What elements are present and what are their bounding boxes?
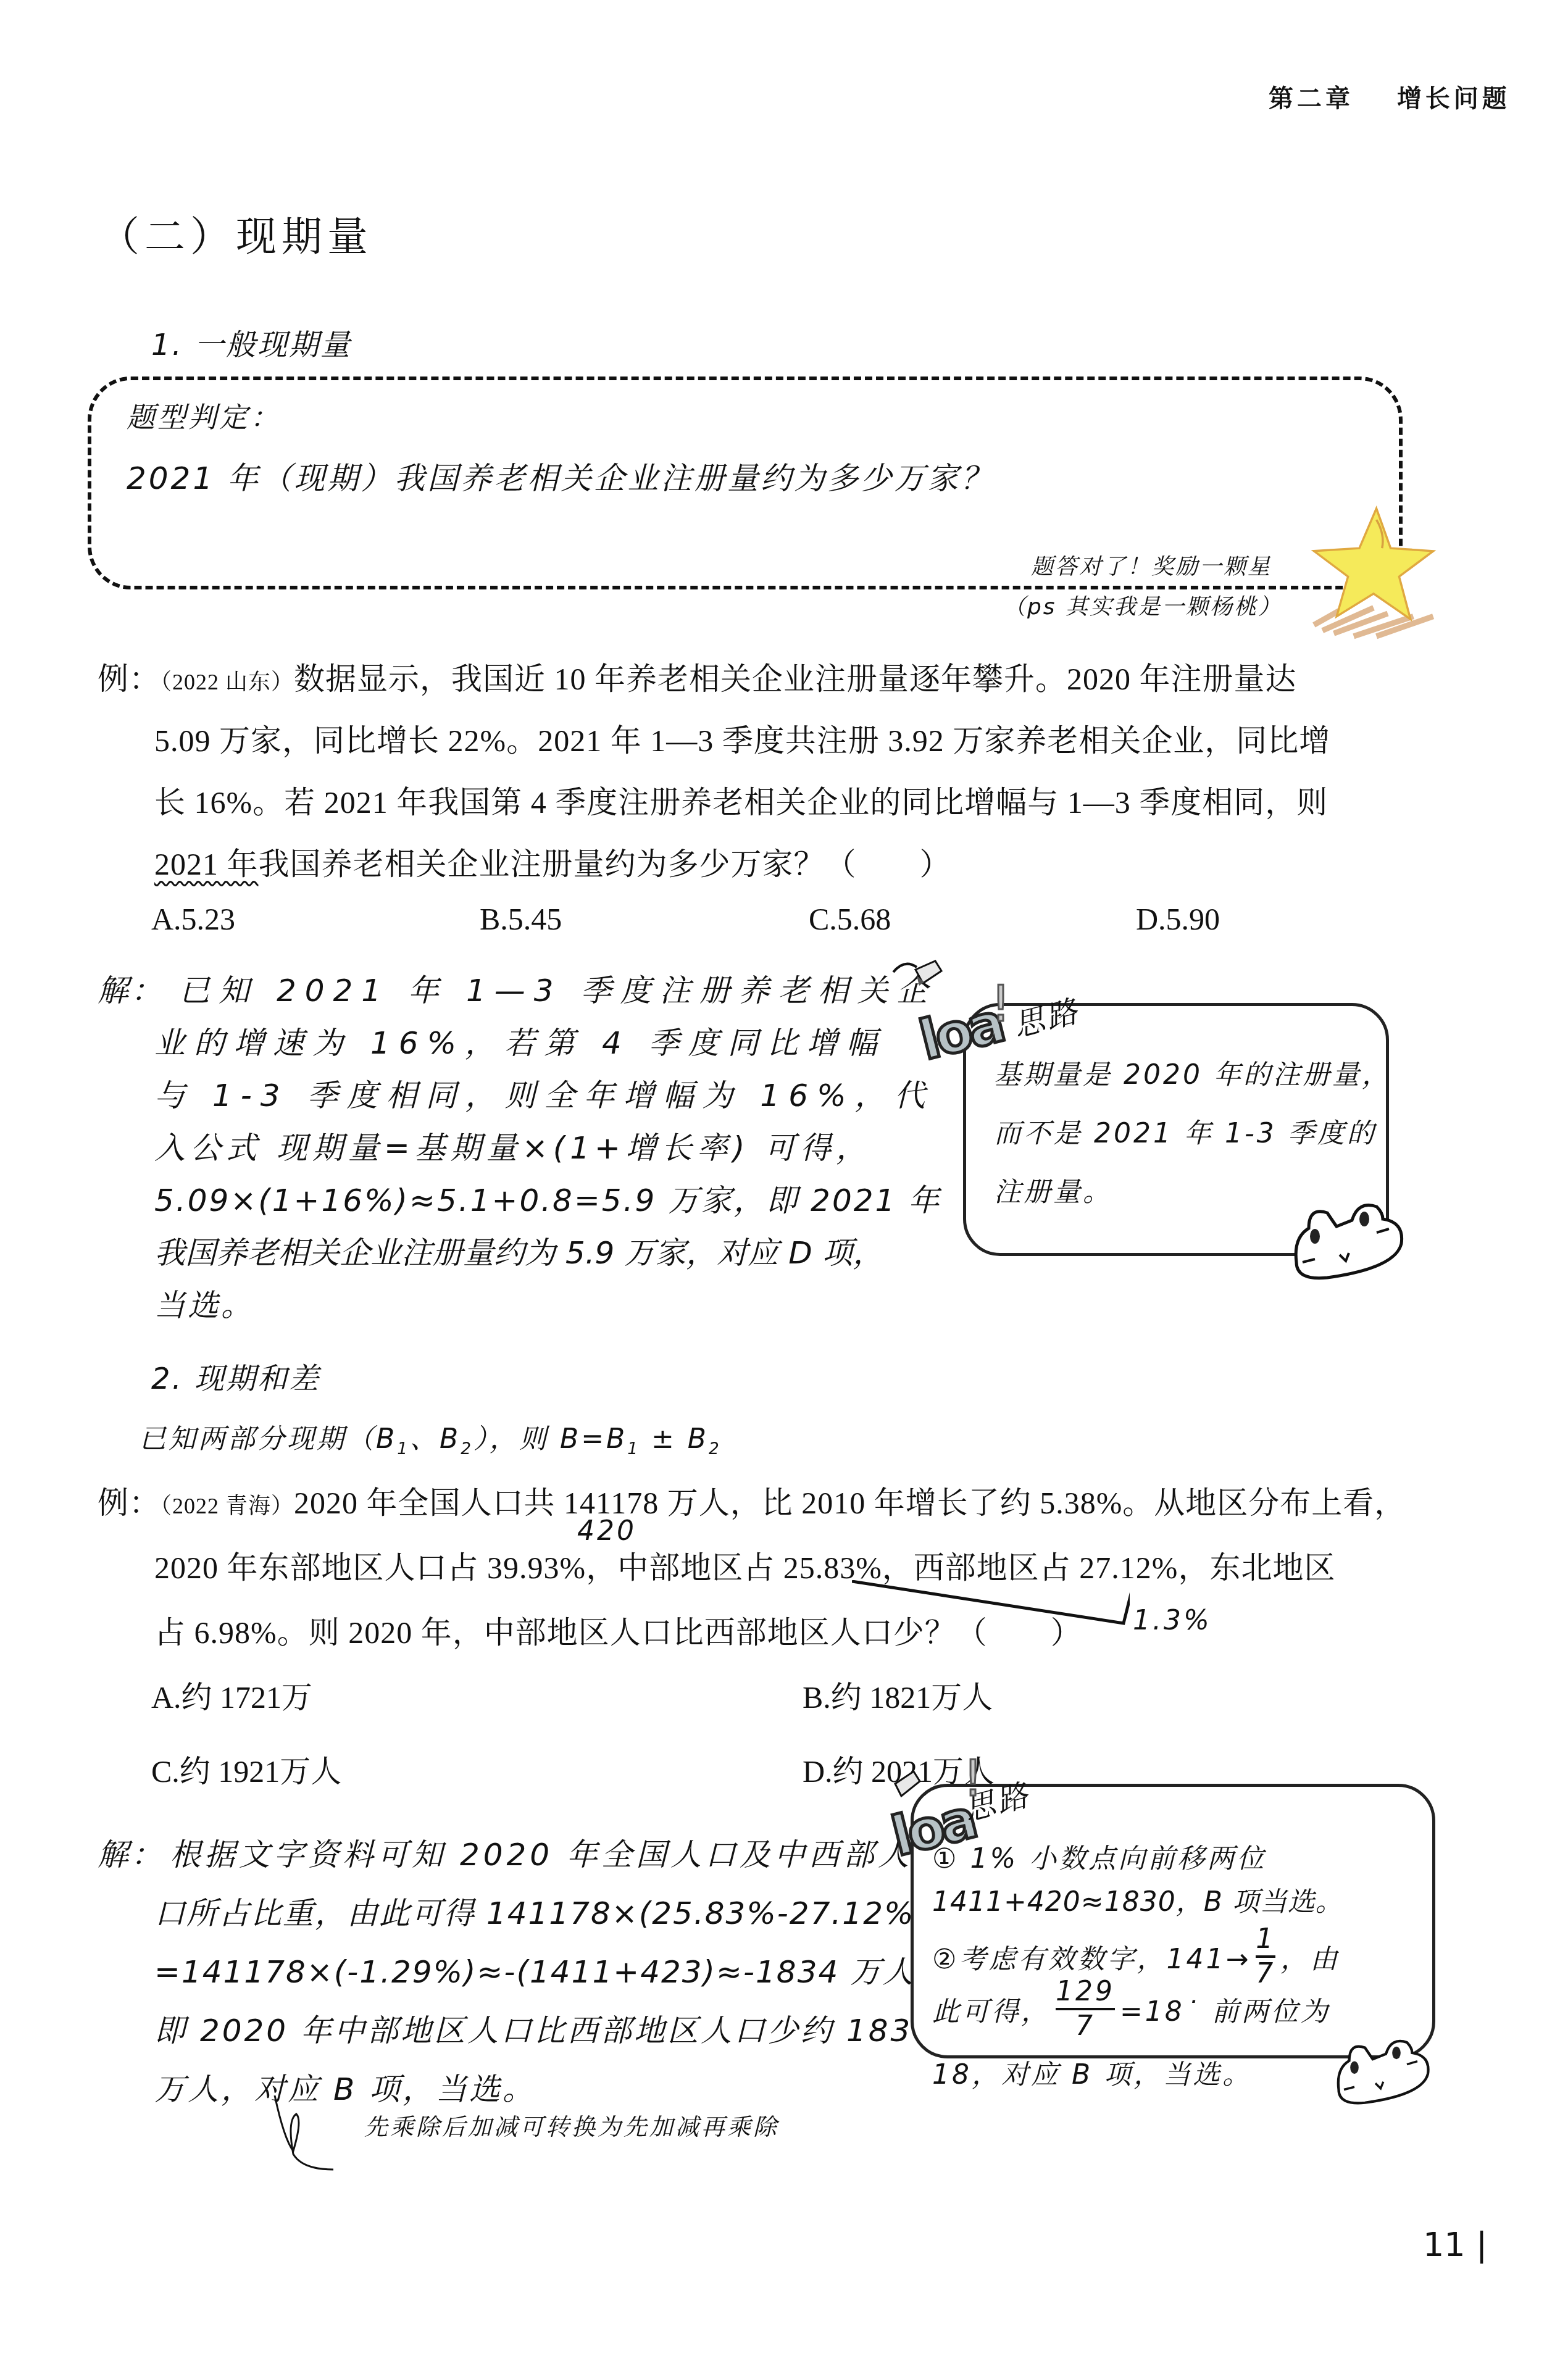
formula-sub: 1 (397, 1439, 410, 1458)
annotation-420: 420 (577, 1515, 636, 1547)
example-text: 2020 年全国人口共 141178 万人，比 2010 年增长了约 5.38%… (294, 1486, 1406, 1520)
example1-line2: 5.09 万家，同比增长 22%。2021 年 1—3 季度共注册 3.92 万… (154, 716, 1330, 760)
pen-doodle-icon (892, 954, 966, 997)
solution2-line: =141178×(-1.29%)≈-(1411+423)≈-1834 万人， (154, 1947, 946, 1992)
solution1-prefix: 解： (98, 966, 164, 1010)
fraction: 1297 (1056, 1978, 1115, 2040)
option-a[interactable]: A.约 1721万 (151, 1673, 312, 1717)
numerator: 1 (1256, 1926, 1275, 1953)
solution2-line: 根据文字资料可知 2020 年全国人口及中西部人 (170, 1830, 912, 1874)
frog-mascot-icon (1333, 2037, 1438, 2111)
sum-diff-formula: 已知两部分现期（B1、B2），则 B=B1 ± B2 (139, 1417, 722, 1458)
formula-sub: 2 (709, 1439, 722, 1458)
example2-line2: 2020 年东部地区人口占 39.93%，中部地区占 25.83%，西部地区占 … (154, 1543, 1335, 1587)
curly-arrow-icon (265, 2095, 358, 2182)
option-b[interactable]: B.约 1821万人 (803, 1673, 993, 1717)
solution1-line: 已知 2021 年 1—3 季度注册养老相关企 (179, 966, 936, 1010)
option-c[interactable]: C.约 1921万人 (151, 1747, 341, 1791)
option-d[interactable]: D.5.90 (1136, 901, 1220, 937)
example-source: （2022 青海） (161, 1494, 294, 1518)
formula-text: 已知两部分现期（B (139, 1423, 397, 1455)
formula-text: ± B (640, 1423, 709, 1455)
running-header: 第二章 增长问题 (1269, 79, 1511, 114)
tip1-line: 注册量。 (994, 1170, 1112, 1209)
tip2-text: =18˙ 前两位为 (1120, 1989, 1330, 2029)
solution2-prefix: 解： (98, 1830, 164, 1874)
tip2-line: 1411+420≈1830，B 项当选。 (932, 1879, 1343, 1919)
star-note: 题答对了！奖励一颗星 (1031, 549, 1272, 581)
question-type-label: 题型判定： (127, 395, 281, 436)
example-source: （2022 山东） (161, 670, 294, 694)
underlined-year: 2021 年 (154, 847, 259, 881)
formula-sub: 2 (461, 1439, 473, 1458)
example-text: 数据显示，我国近 10 年养老相关企业注册量逐年攀升。2020 年注册量达 (294, 662, 1297, 696)
tip2-line: ① 1% 小数点向前移两位 (932, 1836, 1266, 1876)
page-number: 11 | (1423, 2225, 1487, 2264)
example1-line4: 2021 年我国养老相关企业注册量约为多少万家？（ ） (154, 839, 951, 884)
example-question: 我国养老相关企业注册量约为多少万家？（ ） (259, 847, 951, 881)
solution2-line: 即 2020 年中部地区人口比西部地区人口少约 1834 (154, 2006, 935, 2050)
tip1-line: 而不是 2021 年 1-3 季度的 (994, 1111, 1377, 1150)
tip2-text: 此可得， (932, 1989, 1051, 2029)
annotation-diff: 1.3% (1133, 1605, 1212, 1636)
solution2-note: 先乘除后加减可转换为先加减再乘除 (364, 2108, 779, 2142)
solution1-line: 当选。 (154, 1281, 254, 1325)
formula-text: 、B (410, 1423, 461, 1455)
denominator: 7 (1075, 2013, 1095, 2040)
exclamation-icon: ! (963, 1750, 983, 1807)
formula-text: ），则 B=B (473, 1423, 627, 1455)
solution1-line: 入公式 现期量=基期量×(1+增长率) 可得， (154, 1123, 872, 1168)
formula-sub: 1 (627, 1439, 640, 1458)
example-prefix: 例： (98, 662, 161, 696)
tip2-text: ，由 (1280, 1937, 1340, 1976)
example2-line1: 例：（2022 青海）2020 年全国人口共 141178 万人，比 2010 … (98, 1478, 1406, 1523)
example1-line1: 例：（2022 山东）数据显示，我国近 10 年养老相关企业注册量逐年攀升。20… (98, 654, 1297, 699)
option-a[interactable]: A.5.23 (151, 901, 235, 937)
exclamation-icon: ! (991, 975, 1011, 1033)
subsection-title-sum-diff: 2. 现期和差 (151, 1355, 320, 1397)
option-b[interactable]: B.5.45 (480, 901, 562, 937)
numerator: 129 (1056, 1978, 1115, 2005)
tip1-line: 基期量是 2020 年的注册量， (994, 1052, 1391, 1092)
example2-line3: 占 6.98%。则 2020 年，中部地区人口比西部地区人口少？（ ） (154, 1608, 1082, 1652)
chapter-label: 第二章 (1269, 85, 1354, 113)
question-type-question: 2021 年（现期）我国养老相关企业注册量约为多少万家？ (127, 454, 994, 498)
option-c[interactable]: C.5.68 (809, 901, 891, 937)
frog-mascot-icon (1290, 1200, 1414, 1287)
solution1-line: 与 1-3 季度相同，则全年增幅为 16%，代 (154, 1071, 933, 1115)
solution1-line: 我国养老相关企业注册量约为 5.9 万家，对应 D 项， (154, 1228, 884, 1273)
solution2-line: 口所占比重，由此可得 141178×(25.83%-27.12%) (154, 1889, 928, 1933)
solution1-line: 5.09×(1+16%)≈5.1+0.8=5.9 万家，即 2021 年 (154, 1176, 941, 1220)
subsection-title-general: 1. 一般现期量 (151, 321, 352, 364)
star-icon (1303, 500, 1445, 642)
example1-line3: 长 16%。若 2021 年我国第 4 季度注册养老相关企业的同比增幅与 1—3… (154, 778, 1328, 822)
tip2-line: 此可得， 1297 =18˙ 前两位为 (932, 1978, 1330, 2040)
example-prefix: 例： (98, 1486, 161, 1520)
star-note-ps: （ps 其实我是一颗杨桃） (1003, 589, 1282, 621)
tip2-line: 18，对应 B 项，当选。 (932, 2052, 1252, 2092)
section-title: （二）现期量 (99, 204, 373, 262)
solution1-line: 业的增速为 16%，若第 4 季度同比增幅 (154, 1018, 886, 1063)
chapter-topic: 增长问题 (1397, 85, 1511, 113)
tip2-text: ②考虑有效数字，141→ (932, 1937, 1251, 1976)
